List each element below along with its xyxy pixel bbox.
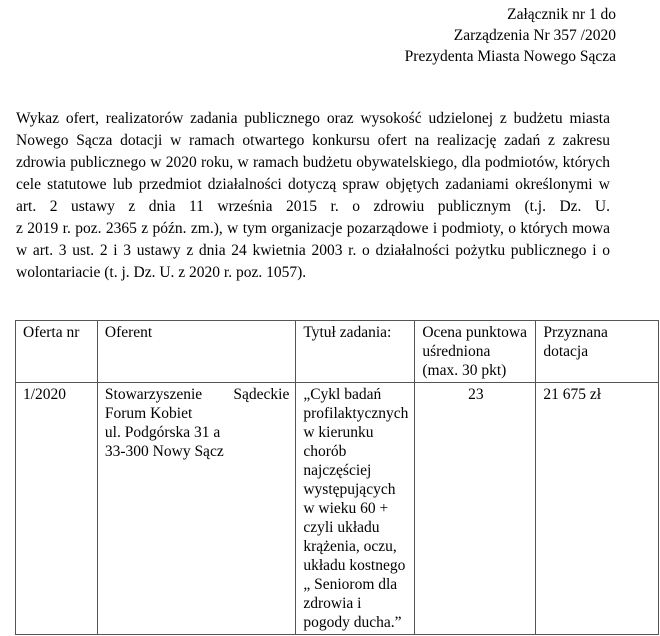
intro-line: z 2019 r. poz. 2365 z późn. zm.), w tym …: [16, 218, 610, 240]
header-offerer: Oferent: [97, 321, 295, 383]
cell-score: 23: [415, 383, 536, 635]
intro-paragraph: Wykaz ofert, realizatorów zadania public…: [16, 108, 610, 284]
intro-line: wolontariacie (t. j. Dz. U. z 2020 r. po…: [16, 262, 610, 284]
intro-line: cele statutowe lub przedmiot działalnośc…: [16, 174, 610, 196]
table-header-row: Oferta nr Oferent Tytuł zadania: Ocena p…: [16, 321, 659, 383]
cell-offer-no: 1/2020: [16, 383, 98, 635]
intro-line: Nowego Sącza dotacji w ramach otwartego …: [16, 130, 610, 152]
intro-line: w art. 3 ust. 2 i 3 ustawy z dnia 24 kwi…: [16, 240, 610, 262]
header-grant: Przyznana dotacja: [536, 321, 659, 383]
header-task-title: Tytuł zadania:: [296, 321, 415, 383]
table-row: 1/2020 Stowarzyszenie Sądeckie Forum Kob…: [16, 383, 659, 635]
offers-table: Oferta nr Oferent Tytuł zadania: Ocena p…: [15, 320, 659, 635]
cell-offerer: Stowarzyszenie Sądeckie Forum Kobiet ul.…: [97, 383, 295, 635]
attachment-header: Załącznik nr 1 do Zarządzenia Nr 357 /20…: [405, 4, 616, 67]
intro-line: art. 2 ustawy z dnia 11 września 2015 r.…: [16, 196, 610, 218]
cell-grant: 21 675 zł: [536, 383, 659, 635]
header-score: Ocena punktowa uśredniona (max. 30 pkt): [415, 321, 536, 383]
intro-line: Wykaz ofert, realizatorów zadania public…: [16, 108, 610, 130]
intro-line: zdrowia publicznego w 2020 roku, w ramac…: [16, 152, 610, 174]
attachment-line-1: Załącznik nr 1 do: [405, 4, 616, 25]
attachment-line-2: Zarządzenia Nr 357 /2020: [405, 25, 616, 46]
cell-task-title: „Cykl badań profilaktycznych w kierunku …: [296, 383, 415, 635]
header-offer-no: Oferta nr: [16, 321, 98, 383]
attachment-line-3: Prezydenta Miasta Nowego Sącza: [405, 46, 616, 67]
